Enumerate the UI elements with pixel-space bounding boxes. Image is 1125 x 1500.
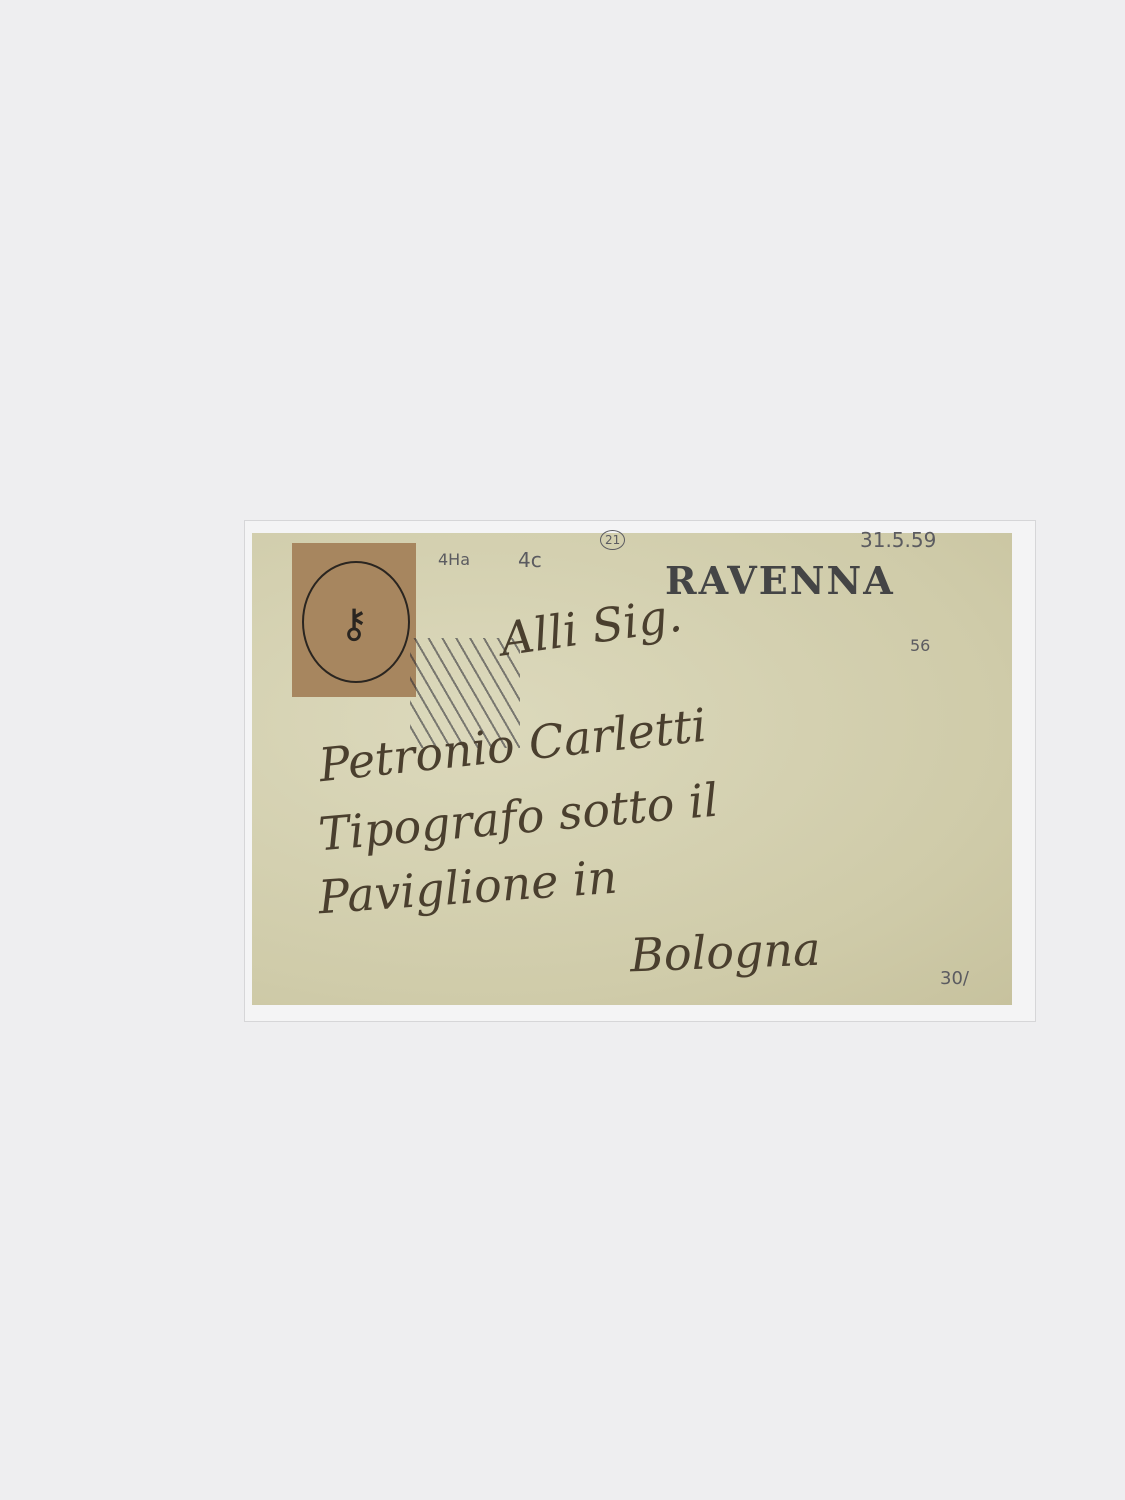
- town-postmark: RAVENNA: [665, 558, 895, 603]
- pencil-code: 56: [910, 636, 930, 655]
- pencil-price: 30/: [940, 968, 969, 989]
- address-line-5: Bologna: [629, 922, 821, 983]
- pencil-date: 31.5.59: [860, 528, 936, 552]
- postage-stamp: ⚷: [292, 543, 416, 697]
- crossed-keys-icon: ⚷: [292, 601, 416, 647]
- pencil-catalog: 4Ha: [438, 550, 470, 569]
- pencil-note: 4c: [518, 548, 542, 572]
